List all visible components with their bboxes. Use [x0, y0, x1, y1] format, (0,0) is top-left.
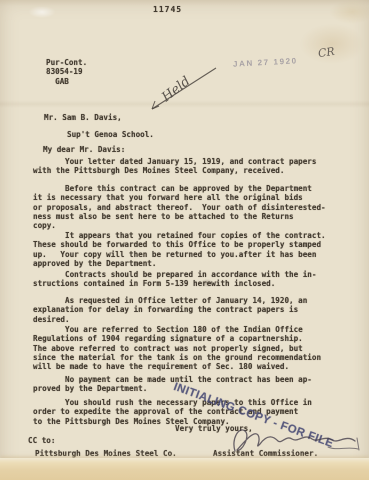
letter-page: 11745 Pur-Cont. 83054-19 GAB JAN 27 1920…: [0, 0, 369, 480]
salutation: My dear Mr. Davis:: [43, 145, 125, 154]
body-paragraph-2: Before this contract can be approved by …: [33, 184, 326, 231]
body-paragraph-4: Contracts should be prepared in accordan…: [33, 270, 316, 289]
handwritten-initials: CR: [317, 45, 335, 60]
signature-stroke: [234, 430, 355, 451]
file-reference: Pur-Cont. 83054-19 GAB: [46, 58, 87, 86]
cc-label: CC to:: [28, 436, 55, 445]
recipient-title: Sup't Genoa School.: [67, 130, 154, 139]
recipient-name: Mr. Sam B. Davis,: [44, 113, 122, 122]
body-paragraph-3: It appears that you retained four copies…: [33, 231, 326, 268]
held-annotation: Held: [142, 55, 232, 117]
body-paragraph-5: As requested in Office letter of January…: [33, 296, 307, 324]
scan-bottom-edge: [0, 458, 369, 480]
body-paragraph-6: You are referred to Section 180 of the I…: [33, 325, 321, 372]
received-date-stamp: JAN 27 1920: [233, 56, 298, 68]
body-paragraph-1: Your letter dated January 15, 1919, and …: [33, 157, 316, 176]
cc-recipient: Pittsburgh Des Moines Steel Co.: [35, 449, 177, 458]
document-number: 11745: [153, 5, 182, 14]
signer-title: Assistant Commissioner.: [213, 449, 318, 458]
